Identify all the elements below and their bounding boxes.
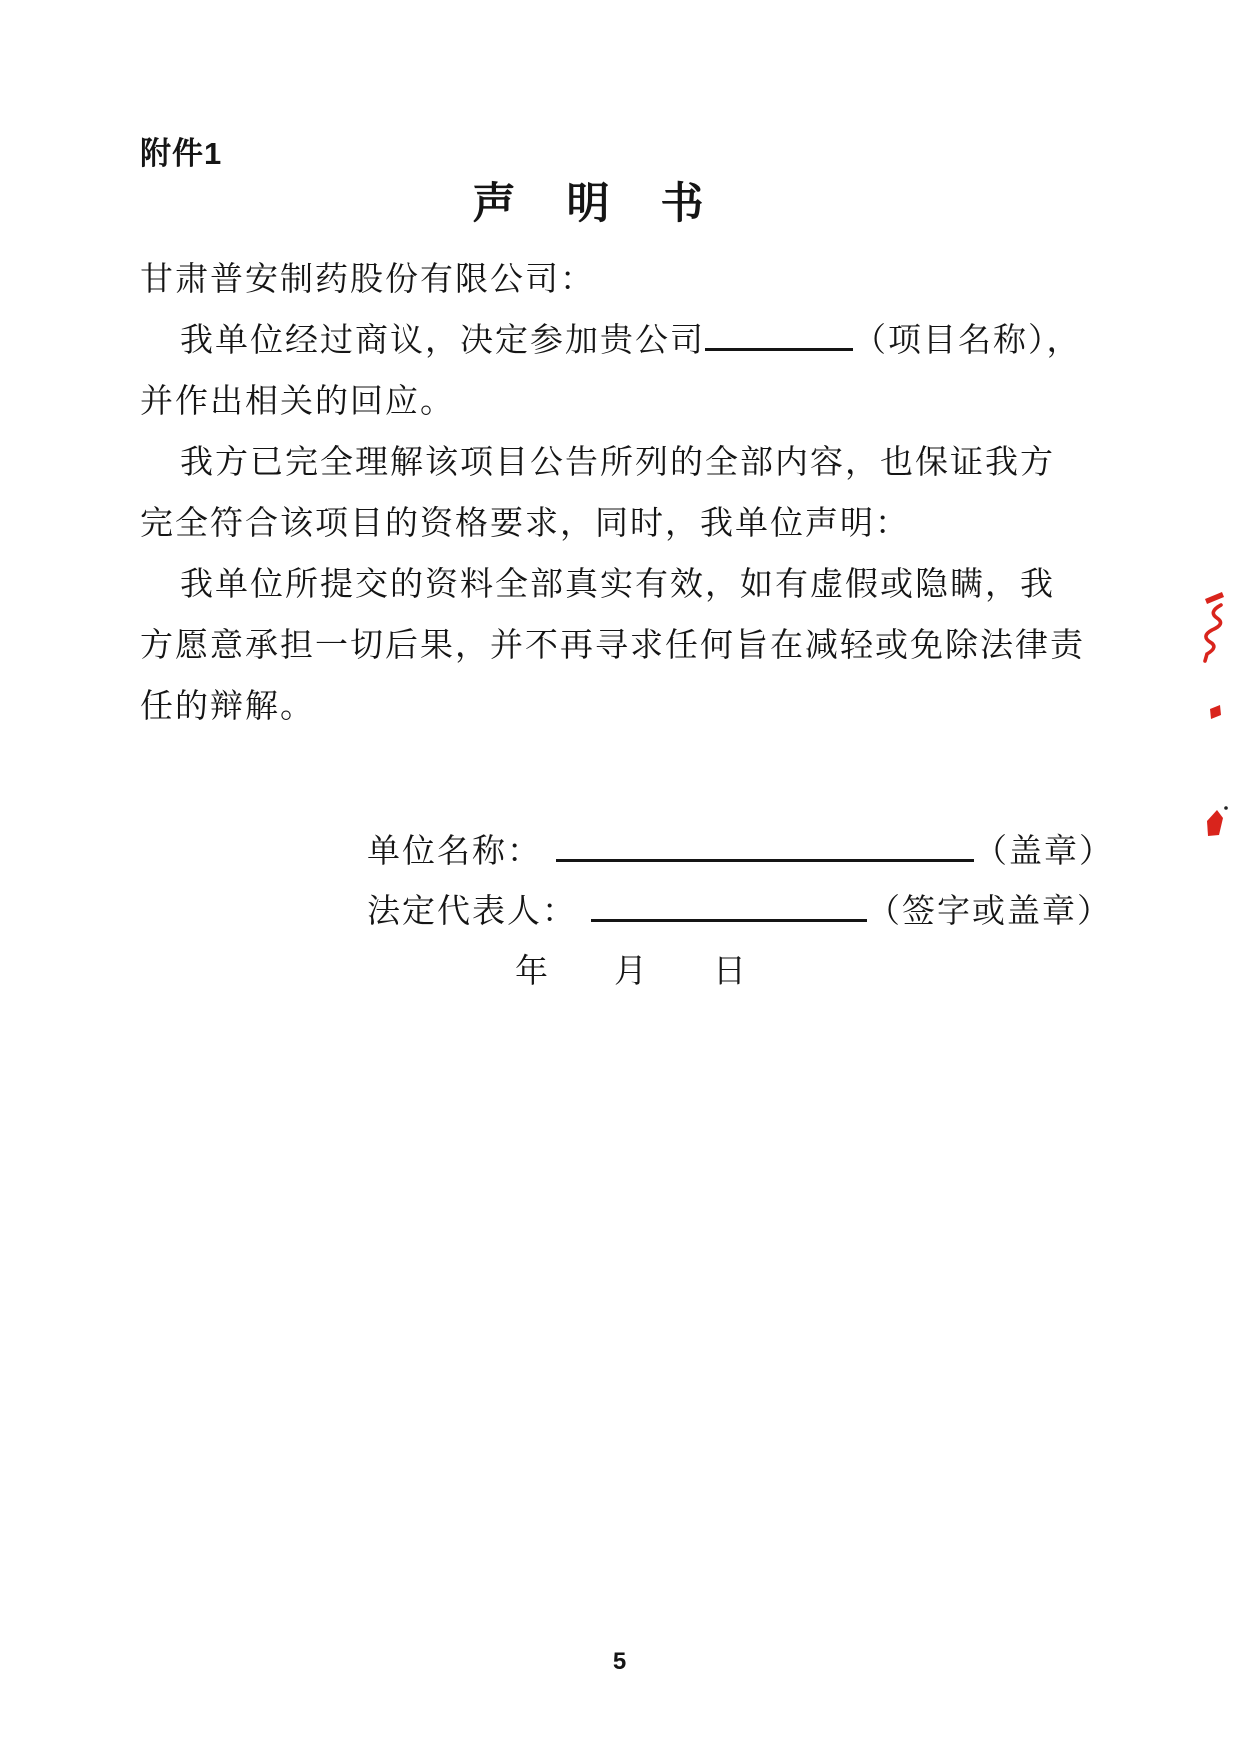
- legal-representative-blank-line: [591, 889, 867, 922]
- paragraph-2-line-1: 我方已完全理解该项目公告所列的全部内容，也保证我方: [140, 433, 1100, 494]
- document-page: 附件1 声 明 书 甘肃普安制药股份有限公司： 我单位经过商议，决定参加贵公司（…: [0, 0, 1239, 1754]
- paragraph-3-line-1: 我单位所提交的资料全部真实有效，如有虚假或隐瞒，我: [140, 555, 1100, 616]
- legal-representative-seal-note: （签字或盖章）: [867, 894, 1112, 930]
- legal-representative-line: 法定代表人：（签字或盖章）: [367, 882, 1114, 942]
- ink-speck: [1224, 806, 1228, 810]
- unit-name-line: 单位名称：（盖章）: [367, 822, 1114, 882]
- unit-name-blank-line: [556, 829, 974, 862]
- legal-representative-label: 法定代表人：: [367, 894, 577, 930]
- attachment-label: 附件1: [140, 128, 222, 173]
- seal-stroke-squiggle: [1205, 605, 1221, 661]
- paragraph-1-line-1: 我单位经过商议，决定参加贵公司（项目名称），: [140, 311, 1100, 372]
- paragraph-3-line-3: 任的辩解。: [140, 677, 1100, 738]
- date-year-label: 年: [515, 954, 550, 990]
- paragraph-1-text-pre: 我单位经过商议，决定参加贵公司: [180, 323, 705, 359]
- salutation: 甘肃普安制药股份有限公司：: [140, 250, 1100, 311]
- unit-name-label: 单位名称：: [367, 834, 542, 870]
- seal-stroke-top-dash: [1205, 592, 1224, 604]
- paragraph-3-line-2: 方愿意承担一切后果，并不再寻求任何旨在减轻或免除法律责: [140, 616, 1100, 677]
- date-day-label: 日: [713, 954, 748, 990]
- paragraph-1-line-2: 并作出相关的回应。: [140, 372, 1100, 433]
- paragraph-2-line-2: 完全符合该项目的资格要求，同时，我单位声明：: [140, 494, 1100, 555]
- seal-stroke-middle-blob: [1210, 705, 1221, 719]
- document-body: 甘肃普安制药股份有限公司： 我单位经过商议，决定参加贵公司（项目名称）， 并作出…: [140, 250, 1100, 738]
- page-number: 5: [0, 1648, 1239, 1676]
- date-month-label: 月: [614, 954, 649, 990]
- document-title: 声 明 书: [140, 170, 1040, 231]
- red-seal-edge-fragment: [1198, 588, 1239, 848]
- seal-stroke-bottom-blob: [1207, 810, 1223, 836]
- unit-seal-note: （盖章）: [974, 834, 1114, 870]
- signature-block: 单位名称：（盖章） 法定代表人：（签字或盖章） 年月日: [367, 822, 1114, 1002]
- project-name-blank-line: [705, 318, 853, 351]
- date-line: 年月日: [367, 942, 1114, 1002]
- paragraph-1-text-post: （项目名称），: [853, 323, 1082, 359]
